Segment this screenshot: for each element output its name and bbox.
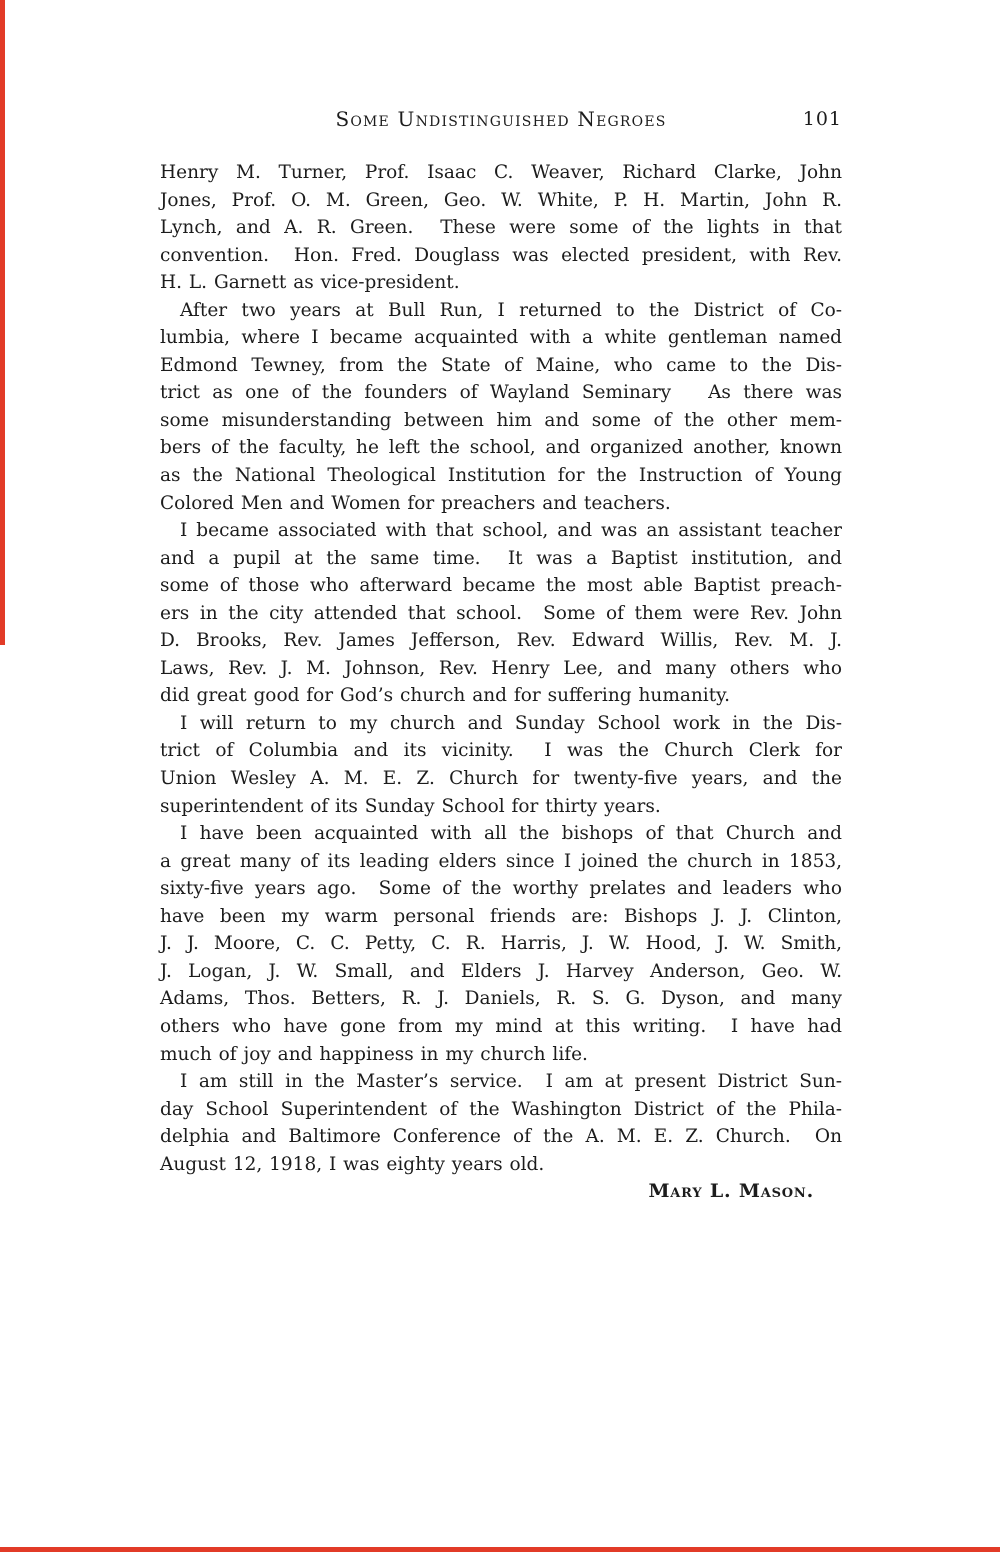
text-line: lumbia, where I became acquainted with a…	[160, 324, 842, 352]
text-line: Jones, Prof. O. M. Green, Geo. W. White,…	[160, 187, 842, 215]
text-line: much of joy and happiness in my church l…	[160, 1041, 842, 1069]
text-line: as the National Theological Institution …	[160, 462, 842, 490]
text-line: convention. Hon. Fred. Douglass was elec…	[160, 242, 842, 270]
text-line: I am still in the Master’s service. I am…	[160, 1068, 842, 1096]
text-line: J. Logan, J. W. Small, and Elders J. Har…	[160, 958, 842, 986]
text-line: August 12, 1918, I was eighty years old.	[160, 1151, 842, 1179]
text-line: superintendent of its Sunday School for …	[160, 793, 842, 821]
text-line: others who have gone from my mind at thi…	[160, 1013, 842, 1041]
signature-text: Mary L. Mason.	[648, 1180, 814, 1202]
page-number: 101	[803, 107, 842, 131]
text-line: Adams, Thos. Betters, R. J. Daniels, R. …	[160, 985, 842, 1013]
text-line: ers in the city attended that school. So…	[160, 600, 842, 628]
text-line: and a pupil at the same time. It was a B…	[160, 545, 842, 573]
text-line: have been my warm personal friends are: …	[160, 903, 842, 931]
text-line: Colored Men and Women for preachers and …	[160, 490, 842, 518]
text-line: H. L. Garnett as vice-president.	[160, 269, 842, 297]
text-line: some of those who afterward became the m…	[160, 572, 842, 600]
text-line: Henry M. Turner, Prof. Isaac C. Weaver, …	[160, 159, 842, 187]
text-line: day School Superintendent of the Washing…	[160, 1096, 842, 1124]
text-line: Edmond Tewney, from the State of Maine, …	[160, 352, 842, 380]
scan-edge-mark-bottom	[0, 1547, 1000, 1552]
text-line: did great good for God’s church and for …	[160, 682, 842, 710]
scan-edge-mark-left	[0, 0, 5, 645]
text-line: Laws, Rev. J. M. Johnson, Rev. Henry Lee…	[160, 655, 842, 683]
signature-row: Mary L. Mason.	[160, 1178, 842, 1206]
text-line: bers of the faculty, he left the school,…	[160, 434, 842, 462]
text-line: D. Brooks, Rev. James Jefferson, Rev. Ed…	[160, 627, 842, 655]
text-line: Union Wesley A. M. E. Z. Church for twen…	[160, 765, 842, 793]
text-line: sixty-five years ago. Some of the worthy…	[160, 875, 842, 903]
text-line: trict of Columbia and its vicinity. I wa…	[160, 737, 842, 765]
text-line: After two years at Bull Run, I returned …	[160, 297, 842, 325]
text-line: I will return to my church and Sunday Sc…	[160, 710, 842, 738]
body-text: Henry M. Turner, Prof. Isaac C. Weaver, …	[160, 159, 842, 1206]
scanned-book-page: Some Undistinguished Negroes 101 Henry M…	[0, 0, 1000, 1552]
text-line: a great many of its leading elders since…	[160, 848, 842, 876]
text-line: I became associated with that school, an…	[160, 517, 842, 545]
text-line: J. J. Moore, C. C. Petty, C. R. Harris, …	[160, 930, 842, 958]
text-line: Lynch, and A. R. Green. These were some …	[160, 214, 842, 242]
text-line: delphia and Baltimore Conference of the …	[160, 1123, 842, 1151]
text-line: I have been acquainted with all the bish…	[160, 820, 842, 848]
page-header: Some Undistinguished Negroes 101	[160, 107, 842, 131]
running-title: Some Undistinguished Negroes	[160, 107, 842, 131]
text-line: some misunderstanding between him and so…	[160, 407, 842, 435]
text-line: trict as one of the founders of Wayland …	[160, 379, 842, 407]
paragraph-lines: Henry M. Turner, Prof. Isaac C. Weaver, …	[160, 159, 842, 1178]
